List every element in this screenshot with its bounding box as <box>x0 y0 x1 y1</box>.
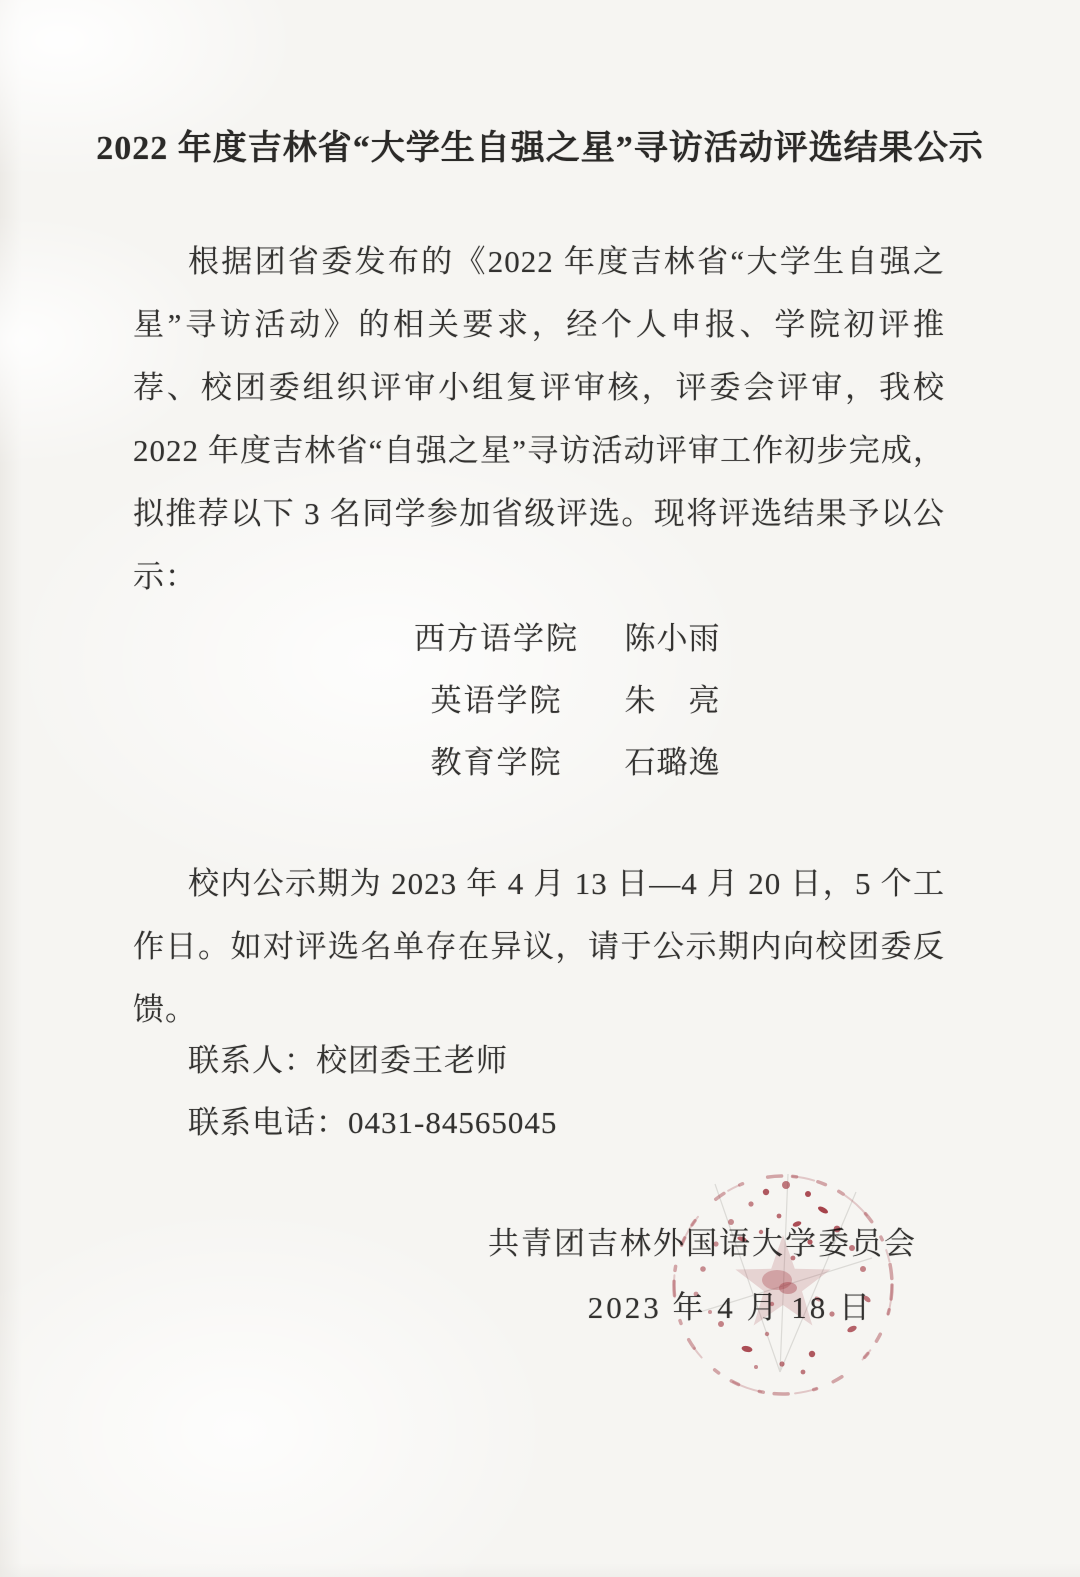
nominee-college: 英语学院 <box>411 675 583 720</box>
nominee-row: 英语学院 朱 亮 <box>411 666 725 728</box>
nominee-college: 教育学院 <box>411 737 583 782</box>
nominee-name: 陈小雨 <box>621 613 725 658</box>
seal-crease-lines <box>700 1174 872 1372</box>
contact-block: 联系人：校团委王老师 联系电话：0431-84565045 <box>188 1030 557 1154</box>
issuer-signature: 共青团吉林外国语大学委员会 <box>488 1218 917 1263</box>
body-paragraph-2: 校内公示期为 2023 年 4 月 13 日—4 月 20 日，5 个工作日。如… <box>133 852 945 1041</box>
scanned-document-page: 2022 年度吉林省“大学生自强之星”寻访活动评选结果公示 根据团省委发布的《2… <box>0 0 1080 1577</box>
seal-star-icon <box>694 1181 872 1374</box>
contact-phone-line: 联系电话：0431-84565045 <box>188 1092 557 1154</box>
contact-person-line: 联系人：校团委王老师 <box>188 1030 557 1092</box>
nominee-list: 西方语学院 陈小雨 英语学院 朱 亮 教育学院 石璐逸 <box>0 604 1080 790</box>
nominee-name: 石璐逸 <box>621 737 725 782</box>
nominee-row: 西方语学院 陈小雨 <box>411 604 725 666</box>
signature-date: 2023 年 4 月 18 日 <box>588 1282 873 1327</box>
nominee-name: 朱 亮 <box>621 675 725 720</box>
document-title: 2022 年度吉林省“大学生自强之星”寻访活动评选结果公示 <box>0 120 1080 169</box>
nominee-college: 西方语学院 <box>411 613 583 658</box>
body-paragraph-1: 根据团省委发布的《2022 年度吉林省“大学生自强之星”寻访活动》的相关要求，经… <box>133 230 945 608</box>
nominee-row: 教育学院 石璐逸 <box>411 728 725 790</box>
